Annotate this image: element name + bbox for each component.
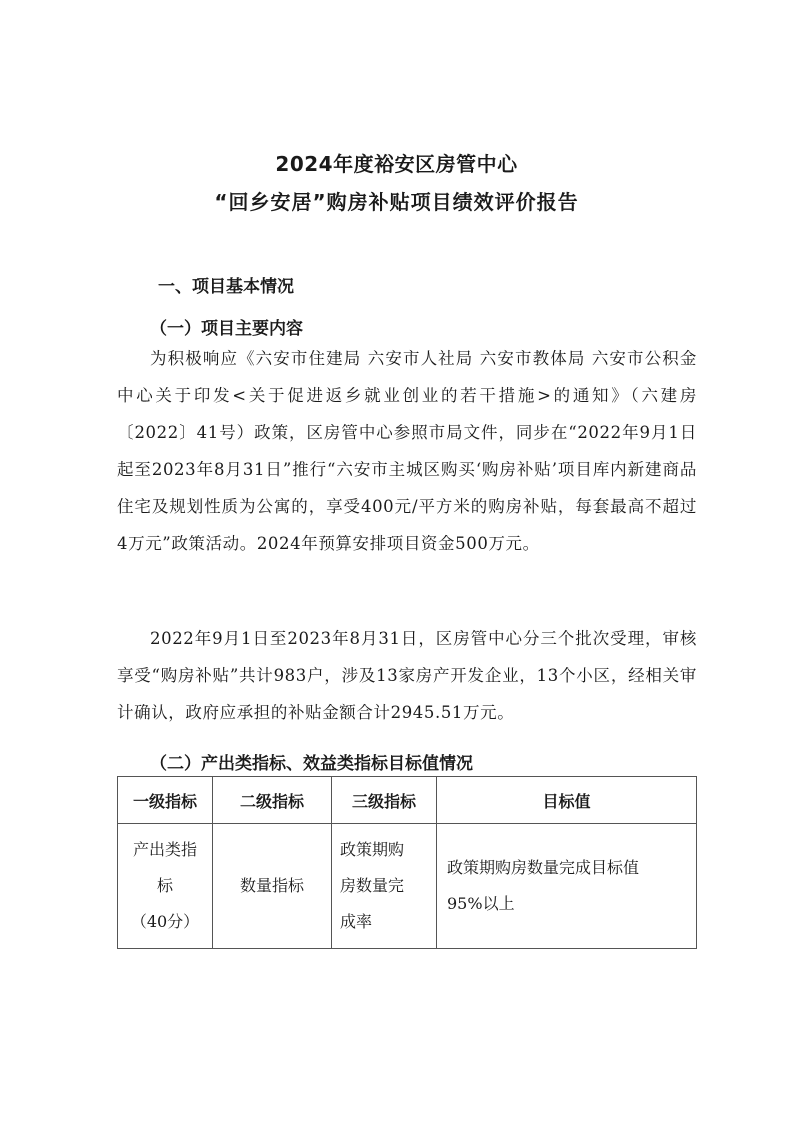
cell-level1: 产出类指 标 （40分） <box>118 824 213 949</box>
header-level1: 一级指标 <box>118 777 213 824</box>
table-header-row: 一级指标 二级指标 三级指标 目标值 <box>118 777 697 824</box>
section-heading-basic-info: 一、项目基本情况 <box>158 272 294 297</box>
cell-text: 标 <box>118 868 212 904</box>
indicator-table: 一级指标 二级指标 三级指标 目标值 产出类指 标 （40分） 数量指标 政策期… <box>117 776 697 949</box>
header-level3: 三级指标 <box>332 777 437 824</box>
cell-text: （40分） <box>118 904 212 940</box>
cell-target: 政策期购房数量完成目标值 95%以上 <box>437 824 697 949</box>
cell-text: 产出类指 <box>118 832 212 868</box>
paragraph-policy-background: 为积极响应《六安市住建局 六安市人社局 六安市教体局 六安市公积金中心关于印发<… <box>117 340 697 562</box>
report-title-line1: 2024年度裕安区房管中心 <box>0 148 793 177</box>
cell-text: 政策期购房数量完成目标值 <box>447 850 696 886</box>
report-title-line2: “回乡安居”购房补贴项目绩效评价报告 <box>0 186 793 215</box>
cell-text: 95%以上 <box>447 886 696 922</box>
cell-level2: 数量指标 <box>213 824 332 949</box>
cell-text: 成率 <box>340 904 436 940</box>
subsection-heading-indicators: （二）产出类指标、效益类指标目标值情况 <box>150 749 473 774</box>
header-level2: 二级指标 <box>213 777 332 824</box>
table-row: 产出类指 标 （40分） 数量指标 政策期购 房数量完 成率 政策期购房数量完成… <box>118 824 697 949</box>
cell-text: 政策期购 <box>340 832 436 868</box>
cell-level3: 政策期购 房数量完 成率 <box>332 824 437 949</box>
header-target: 目标值 <box>437 777 697 824</box>
paragraph-subsidy-summary: 2022年9月1日至2023年8月31日，区房管中心分三个批次受理，审核享受“购… <box>117 620 697 731</box>
cell-text: 房数量完 <box>340 868 436 904</box>
subsection-heading-main-content: （一）项目主要内容 <box>150 314 303 339</box>
